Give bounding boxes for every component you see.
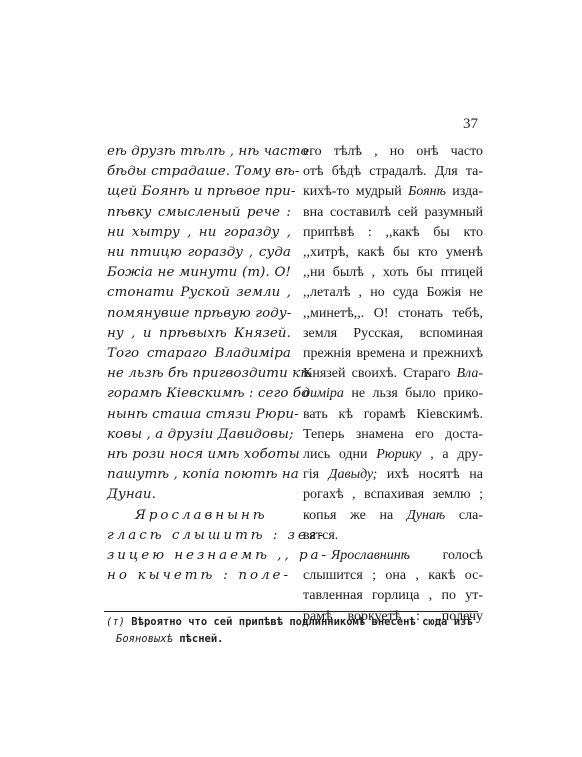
text-line: земля Русская, вспоминая [303, 324, 483, 344]
footnote-italic-word: Бояновыхѣ [116, 633, 173, 645]
text-line: ни хытру , ни горазду , [107, 223, 291, 243]
text-line: нѣ рози нося имѣ хоботы [107, 445, 291, 465]
text-line: ,,минетѣ,,. О! стонать тебѣ, [303, 304, 483, 324]
text-line: помянувше прѣвую году- [107, 304, 291, 324]
text-line: ну , и прѣвыхѣ Князей. [107, 324, 291, 344]
footnote-text: Вѣроятно что сей припѣвѣ подлинникомѣ вн… [131, 616, 472, 628]
text-line: зицею незнаемѣ ,, ра- [107, 546, 291, 566]
text-line: кихѣ-то мудрый Боянѣ изда- [303, 182, 483, 202]
footnote-line: Бояновыхѣ пѣсней. [106, 631, 478, 648]
footnote: (т) Вѣроятно что сей припѣвѣ подлинником… [106, 614, 478, 648]
text-line: ,,ни былѣ , хоть бы птицей [303, 263, 483, 283]
text-line: Того стараго Владимiра [107, 344, 291, 364]
text-line: бѣды страдаше. Тому вѣ- [107, 162, 291, 182]
text-line: прежнiя времена и прежнихѣ [303, 344, 483, 364]
text-line: копья же на Дунаѣ сла- [303, 506, 483, 526]
text-line: Князей своихѣ. Стараго Вла- [303, 364, 483, 384]
text-line: но кычетѣ : поле- [107, 566, 291, 586]
text-line: пѣвку смысленый рече : [107, 203, 291, 223]
text-line: его тѣлѣ , но онѣ часто [303, 142, 483, 162]
footnote-marker: (т) [106, 616, 125, 628]
text-line: вятся. [303, 526, 483, 546]
text-line: рогахѣ , вспахивая землю ; [303, 485, 483, 505]
text-line: отѣ бѣдѣ страдалѣ. Для та- [303, 162, 483, 182]
text-line: Ярославнинѣ голосѣ [303, 546, 483, 566]
text-line: нынѣ сташа стязи Рюри- [107, 405, 291, 425]
text-line: лись одни Рюрику , а дру- [303, 445, 483, 465]
text-line: припѣвѣ : ,,какѣ бы кто [303, 223, 483, 243]
text-line: вна составилѣ сей разумный [303, 203, 483, 223]
footnote-text: пѣсней. [173, 633, 224, 645]
text-line: тавленная горлица , по ут- [303, 586, 483, 606]
text-line: Дунаи. [107, 485, 291, 505]
text-line: вать кѣ горамѣ Кiевскимѣ. [303, 405, 483, 425]
text-line: ,,леталѣ , но суда Божiя не [303, 283, 483, 303]
text-line: горамѣ Кiевскимѣ : сего бо [107, 384, 291, 404]
text-line: ,,хитрѣ, какѣ бы кто уменѣ [303, 243, 483, 263]
text-line: димiра не льзя было прико- [303, 384, 483, 404]
text-line: пашутѣ , копiа поютѣ на [107, 465, 291, 485]
text-line: eѣ друзѣ тѣлѣ , нѣ часто [107, 142, 291, 162]
text-line: Божiа не минути (т). О! [107, 263, 291, 283]
text-line: слышится ; она , какѣ ос- [303, 566, 483, 586]
text-line: стонати Руской земли , [107, 283, 291, 303]
footnote-line: (т) Вѣроятно что сей припѣвѣ подлинником… [106, 614, 478, 631]
text-line: Ярославнынѣ [107, 506, 291, 526]
text-line: ковы , а друзiи Давидовы; [107, 425, 291, 445]
original-text-column: eѣ друзѣ тѣлѣ , нѣ часто бѣды страдаше. … [107, 142, 291, 586]
text-line: Теперь знамена его доста- [303, 425, 483, 445]
text-line: гiя Давыду; ихѣ носятѣ на [303, 465, 483, 485]
footnote-divider [104, 611, 478, 612]
page-number: 37 [463, 116, 478, 133]
text-line: не льзѣ бѣ пригвоздити кѣ [107, 364, 291, 384]
translation-text-column: его тѣлѣ , но онѣ часто отѣ бѣдѣ страдал… [303, 142, 483, 627]
text-line: гласѣ слышитѣ : зег- [107, 526, 291, 546]
text-line: щей Боянѣ и прѣвое при- [107, 182, 291, 202]
text-line: ни птицю горазду , суда [107, 243, 291, 263]
